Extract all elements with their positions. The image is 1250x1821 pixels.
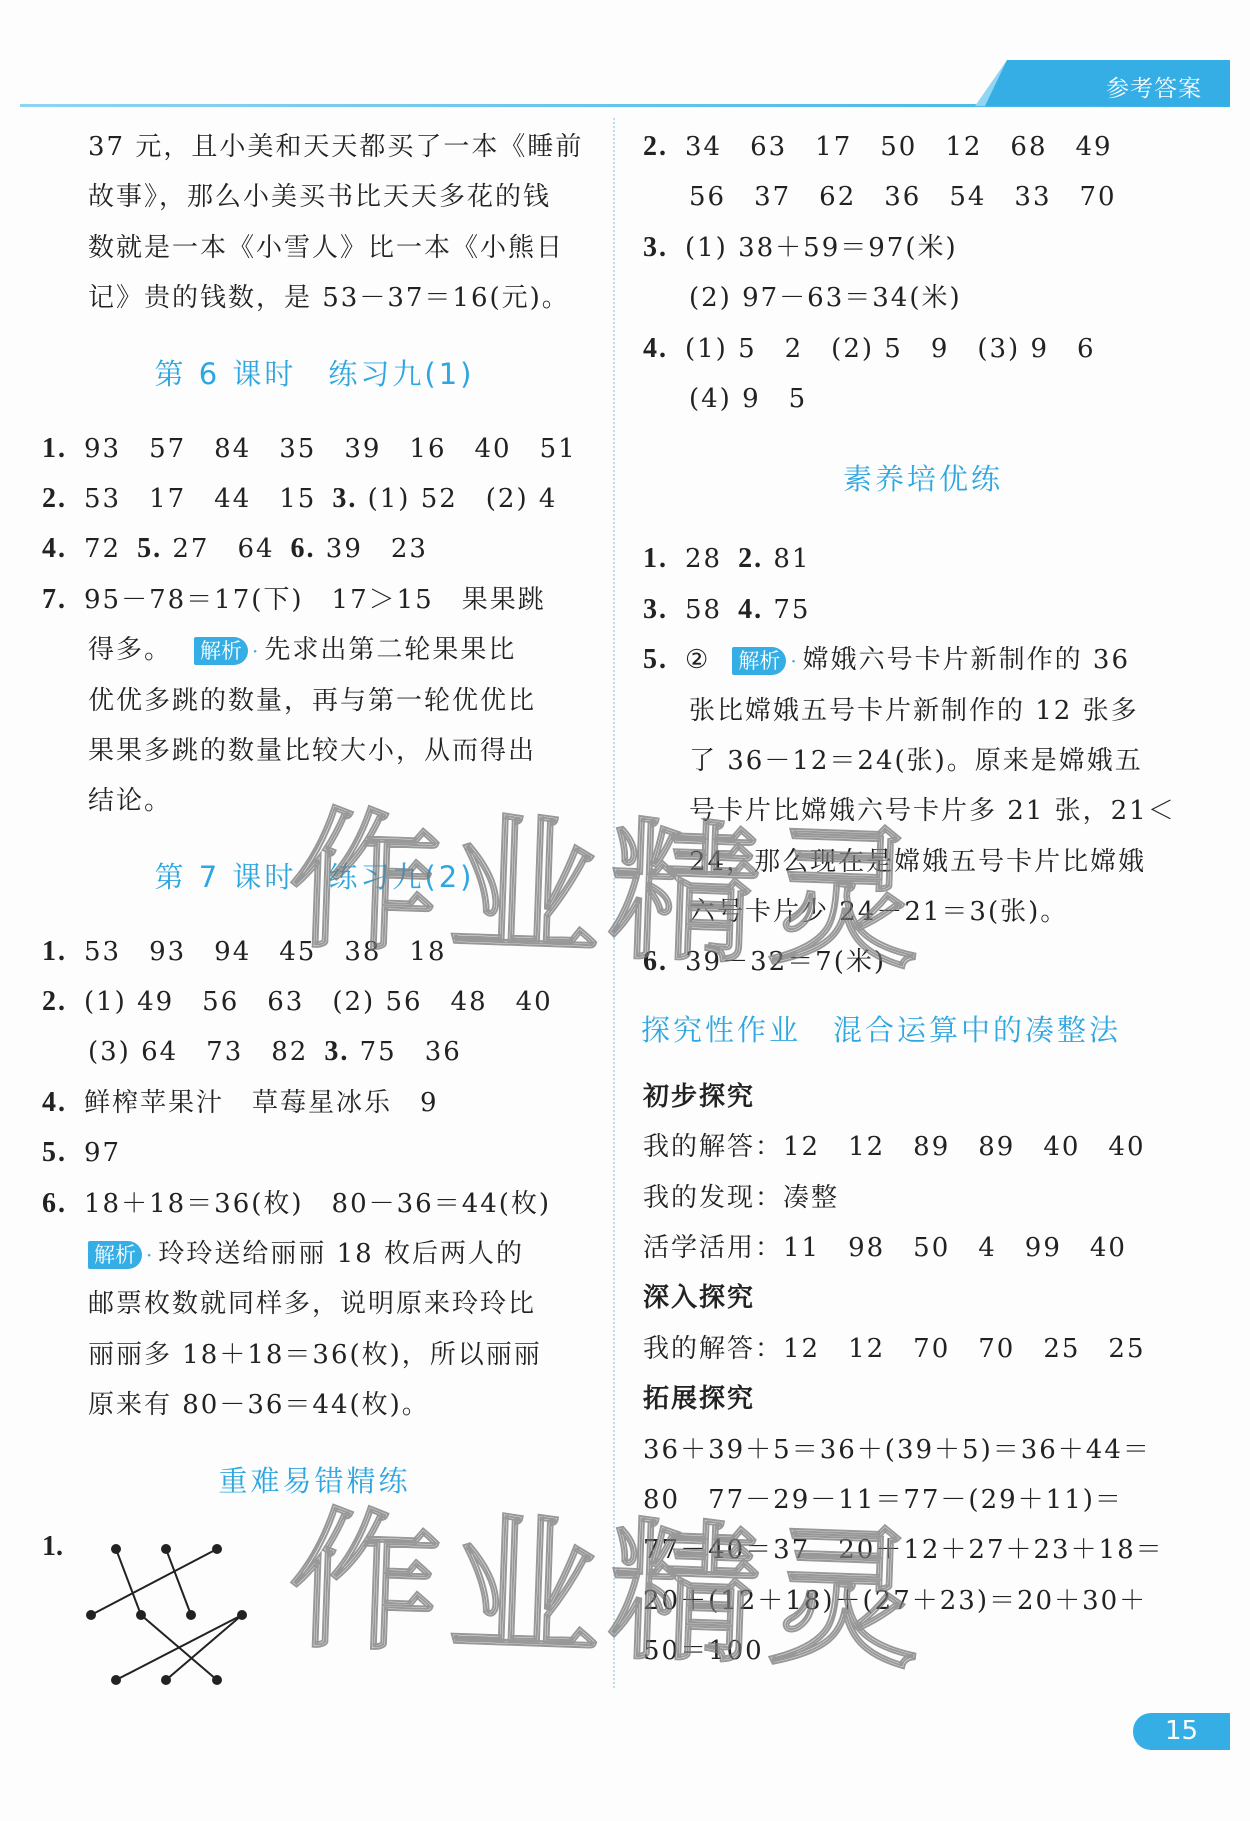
question-number: 6. <box>643 937 685 987</box>
answer-row: 3.(1) 38＋59＝97(米) <box>643 223 1203 273</box>
question-number: 7. <box>42 575 84 625</box>
answer-text: 93 57 84 35 39 16 40 51 <box>84 434 577 464</box>
answer-row: 1.282. 81 <box>643 534 1203 584</box>
bullet-dot-icon: · <box>146 1243 154 1267</box>
analysis-badge: 解析 <box>88 1241 142 1269</box>
question-number: 1. <box>42 424 84 474</box>
header-tab-label: 参考答案 <box>1106 70 1202 103</box>
question-number: 1. <box>42 927 84 977</box>
analysis-line: 号卡片比嫦娥六号卡片多 21 张，21＜ <box>643 786 1203 836</box>
analysis-line: 优优多跳的数量，再与第一轮优优比 <box>42 676 587 726</box>
question-number: 4. <box>643 324 685 374</box>
analysis-line: 24，那么现在是嫦娥五号卡片比嫦娥 <box>643 837 1203 887</box>
question-number: 5. <box>137 533 162 564</box>
extend-line: 50＝100 <box>643 1626 1203 1676</box>
answer-text: 97 <box>84 1138 121 1168</box>
preliminary-apply: 活学活用：11 98 50 4 99 40 <box>643 1223 1203 1273</box>
extend-line: 20＋(12＋18)＋(27＋23)＝20＋30＋ <box>643 1576 1203 1626</box>
analysis-text: 玲玲送给丽丽 18 枚后两人的 <box>158 1239 524 1269</box>
answer-text: 75 36 <box>360 1037 462 1067</box>
analysis-badge: 解析 <box>194 637 248 665</box>
analysis-line: 果果多跳的数量比较大小，从而得出 <box>42 726 587 776</box>
question-number: 2. <box>738 543 763 574</box>
analysis-line: 原来有 80－36＝44(枚)。 <box>42 1380 587 1430</box>
answer-text: 鲜榨苹果汁 草莓星冰乐 9 <box>84 1088 439 1118</box>
lesson6-title: 第 6 课时 练习九(1) <box>42 324 587 424</box>
analysis-line: 结论。 <box>42 776 587 826</box>
analysis-line: 丽丽多 18＋18＝36(枚)，所以丽丽 <box>42 1330 587 1380</box>
bullet-dot-icon: · <box>252 639 260 663</box>
answer-text: 18＋18＝36(枚) 80－36＝44(枚) <box>84 1189 551 1219</box>
answer-row: 1.53 93 94 45 38 18 <box>42 927 587 977</box>
analysis-text: 先求出第二轮果果比 <box>264 635 516 665</box>
right-column: 2.34 63 17 50 12 68 49 56 37 62 36 54 33… <box>643 122 1203 1677</box>
deep-label: 深入探究 <box>643 1273 1203 1323</box>
question-number: 6. <box>42 1179 84 1229</box>
preliminary-answer: 我的解答：12 12 89 89 40 40 <box>643 1122 1203 1172</box>
question-number: 2. <box>42 474 84 524</box>
answer-text: 53 93 94 45 38 18 <box>84 937 447 967</box>
answer-row: 4.(1) 5 2 (2) 5 9 (3) 9 6 <box>643 324 1203 374</box>
extend-label: 拓展探究 <box>643 1374 1203 1424</box>
bullet-dot-icon: · <box>790 649 798 673</box>
answer-text: (1) 52 (2) 4 <box>368 484 558 514</box>
intro-line: 数就是一本《小雪人》比一本《小熊日 <box>42 223 587 273</box>
answer-text: 95－78＝17(下) 17＞15 果果跳 <box>84 585 546 615</box>
hard-section-title: 重难易错精练 <box>42 1431 587 1531</box>
answer-text: 39－32＝7(米) <box>685 947 886 977</box>
intro-line: 37 元，且小美和天天都买了一本《睡前 <box>42 122 587 172</box>
question-number: 5. <box>42 1128 84 1178</box>
question-number: 3. <box>324 1036 349 1067</box>
intro-line: 记》贵的钱数，是 53－37＝16(元)。 <box>42 273 587 323</box>
answer-text: 53 17 44 15 <box>84 484 316 514</box>
answer-row: 6.18＋18＝36(枚) 80－36＝44(枚) <box>42 1179 587 1229</box>
answer-text: 34 63 17 50 12 68 49 <box>685 132 1113 162</box>
answer-text: 72 <box>84 534 121 564</box>
extend-line: 80 77－29－11＝77－(29＋11)＝ <box>643 1475 1203 1525</box>
question-number: 2. <box>42 977 84 1027</box>
intro-line: 故事》，那么小美买书比天天多花的钱 <box>42 172 587 222</box>
column-divider <box>613 118 615 1688</box>
answer-row: 5.②解析·嫦娥六号卡片新制作的 36 <box>643 635 1203 685</box>
analysis-line: 了 36－12＝24(张)。原来是嫦娥五 <box>643 736 1203 786</box>
preliminary-discovery: 我的发现：凑整 <box>643 1173 1203 1223</box>
answer-row: 7.95－78＝17(下) 17＞15 果果跳 <box>42 575 587 625</box>
answer-text: 27 64 <box>172 534 274 564</box>
answer-row: 4.725. 27 646. 39 23 <box>42 524 587 574</box>
answer-text: 81 <box>773 544 810 574</box>
answer-text: (1) 5 2 (2) 5 9 (3) 9 6 <box>685 334 1096 364</box>
answer-text: 28 <box>685 544 722 574</box>
extend-line: 77－40＝37 20＋12＋27＋23＋18＝ <box>643 1525 1203 1575</box>
answer-row: 4.鲜榨苹果汁 草莓星冰乐 9 <box>42 1078 587 1128</box>
answer-text: (3) 64 73 82 <box>88 1037 308 1067</box>
answer-row: (4) 9 5 <box>643 374 1203 424</box>
question-number: 3. <box>643 585 685 635</box>
question-number: 2. <box>643 122 685 172</box>
question-number: 4. <box>42 524 84 574</box>
question-number: 3. <box>332 483 357 514</box>
answer-row: (2) 97－63＝34(米) <box>643 273 1203 323</box>
preliminary-label: 初步探究 <box>643 1072 1203 1122</box>
left-column: 37 元，且小美和天天都买了一本《睡前 故事》，那么小美买书比天天多花的钱 数就… <box>42 122 587 1531</box>
answer-text: 75 <box>773 595 810 625</box>
question-number: 6. <box>291 533 316 564</box>
answer-text: (1) 38＋59＝97(米) <box>685 233 958 263</box>
answer-row: 5.97 <box>42 1128 587 1178</box>
answer-text: ② <box>685 645 710 675</box>
answer-text: 58 <box>685 595 722 625</box>
answer-row: 2.(1) 49 56 63 (2) 56 48 40 <box>42 977 587 1027</box>
question-number: 5. <box>643 635 685 685</box>
answer-row: 6.39－32＝7(米) <box>643 937 1203 987</box>
deep-answer: 我的解答：12 12 70 70 25 25 <box>643 1324 1203 1374</box>
question-number: 1. <box>643 534 685 584</box>
page-number: 15 <box>1133 1713 1230 1750</box>
inquiry-section-title: 探究性作业 混合运算中的凑整法 <box>641 988 1203 1072</box>
analysis-line: 张比嫦娥五号卡片新制作的 12 张多 <box>643 686 1203 736</box>
lesson7-title: 第 7 课时 练习九(2) <box>42 827 587 927</box>
header-tab: 参考答案 <box>985 60 1230 106</box>
answer-row: 1.93 57 84 35 39 16 40 51 <box>42 424 587 474</box>
question-number: 4. <box>42 1078 84 1128</box>
analysis-line: 邮票枚数就同样多，说明原来玲玲比 <box>42 1279 587 1329</box>
answer-row: 3.584. 75 <box>643 585 1203 635</box>
extend-line: 36＋39＋5＝36＋(39＋5)＝36＋44＝ <box>643 1425 1203 1475</box>
answer-row: 2.53 17 44 153. (1) 52 (2) 4 <box>42 474 587 524</box>
answer-row: 解析·玲玲送给丽丽 18 枚后两人的 <box>42 1229 587 1279</box>
answer-row: (3) 64 73 823. 75 36 <box>42 1027 587 1077</box>
question-number: 4. <box>738 594 763 625</box>
answer-text: 39 23 <box>326 534 428 564</box>
analysis-badge: 解析 <box>732 647 786 675</box>
analysis-text: 嫦娥六号卡片新制作的 36 <box>803 645 1130 675</box>
matching-lines-icon <box>42 1530 262 1700</box>
analysis-line: 六号卡片少 24－21＝3(张)。 <box>643 887 1203 937</box>
answer-row: 2.34 63 17 50 12 68 49 <box>643 122 1203 172</box>
answer-text: (1) 49 56 63 (2) 56 48 40 <box>84 987 553 1017</box>
answer-row: 得多。解析·先求出第二轮果果比 <box>42 625 587 675</box>
quality-section-title: 素养培优练 <box>643 424 1203 534</box>
question-number: 3. <box>643 223 685 273</box>
answer-text: 得多。 <box>88 635 172 665</box>
answer-row: 56 37 62 36 54 33 70 <box>643 172 1203 222</box>
